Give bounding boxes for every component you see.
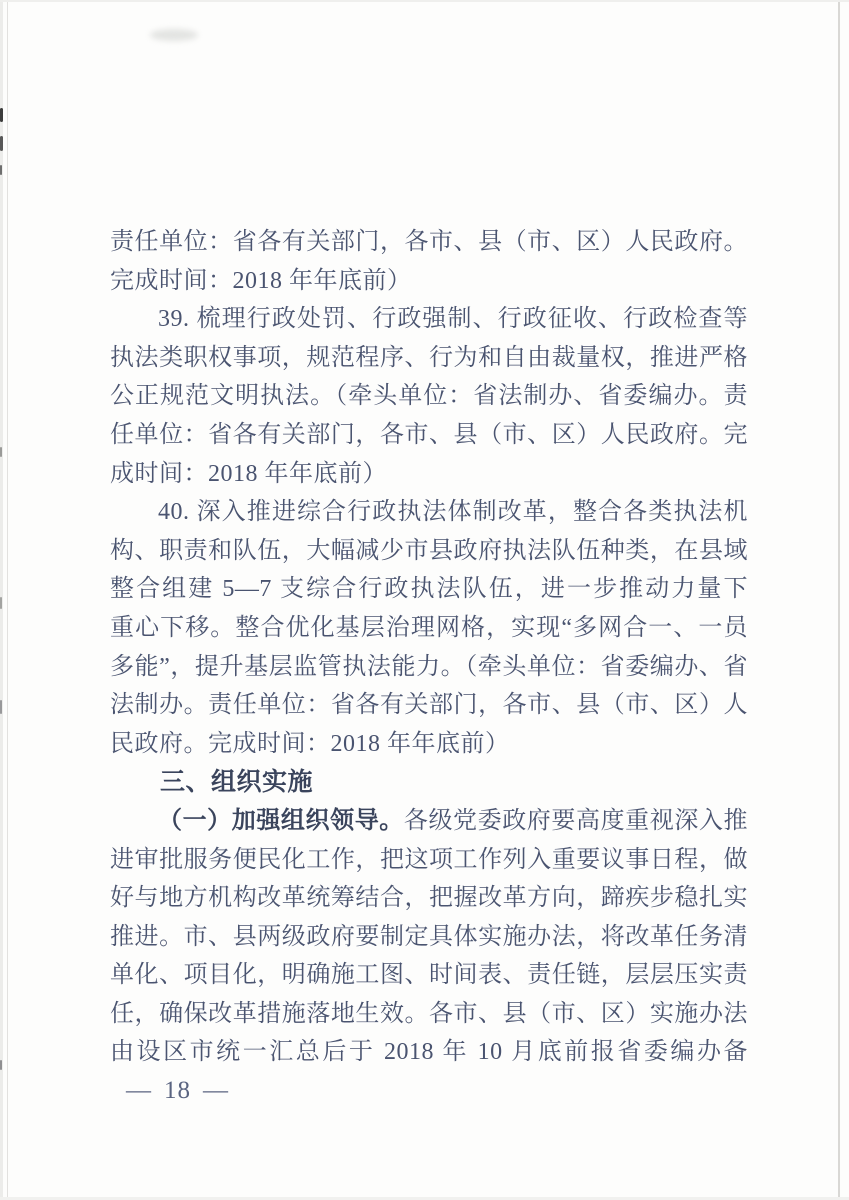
text-line: 完成时间：2018 年年底前）	[110, 262, 748, 301]
paragraph-lead-bold: （一）加强组织领导。	[158, 807, 404, 834]
paragraph-lead-rest: 各级党委政府要高度重视深入推	[404, 808, 748, 834]
scan-smudge	[150, 29, 198, 41]
section-heading: 三、组织实施	[110, 763, 748, 802]
scan-artifact	[0, 165, 2, 175]
footer-dash-right: —	[203, 1077, 229, 1105]
text-line: （一）加强组织领导。各级党委政府要高度重视深入推	[110, 802, 748, 841]
text-line: 好与地方机构改革统筹结合，把握改革方向，蹄疾步稳扎实	[110, 879, 748, 918]
text-line: 责任单位：省各有关部门，各市、县（市、区）人民政府。	[110, 223, 748, 262]
scan-artifact	[0, 700, 2, 714]
text-line: 民政府。完成时间：2018 年年底前）	[110, 725, 748, 764]
text-line: 单化、项目化，明确施工图、时间表、责任链，层层压实责	[110, 956, 748, 995]
text-line: 成时间：2018 年年底前）	[110, 455, 748, 494]
text-line: 法制办。责任单位：省各有关部门，各市、县（市、区）人	[110, 686, 748, 725]
text-line: 整合组建 5—7 支综合行政执法队伍，进一步推动力量下沉、	[110, 570, 748, 609]
page-edge-right	[838, 0, 840, 1200]
text-line: 任单位：省各有关部门，各市、县（市、区）人民政府。完	[110, 416, 748, 455]
scan-artifact	[0, 597, 2, 609]
text-line: 39. 梳理行政处罚、行政强制、行政征收、行政检查等	[110, 300, 748, 339]
page-edge-top	[0, 0, 849, 2]
document-body: 责任单位：省各有关部门，各市、县（市、区）人民政府。 完成时间：2018 年年底…	[110, 223, 748, 1072]
page-edge-left-line	[7, 0, 8, 1200]
text-line: 构、职责和队伍，大幅减少市县政府执法队伍种类，在县域	[110, 532, 748, 571]
text-line: 任，确保改革措施落地生效。各市、县（市、区）实施办法	[110, 995, 748, 1034]
text-line: 由设区市统一汇总后于 2018 年 10 月底前报省委编办备案。	[110, 1033, 748, 1072]
text-line: 重心下移。整合优化基层治理网格，实现“多网合一、一员	[110, 609, 748, 648]
scan-artifact	[0, 108, 3, 122]
text-line: 进审批服务便民化工作，把这项工作列入重要议事日程，做	[110, 841, 748, 880]
text-line: 多能”，提升基层监管执法能力。（牵头单位：省委编办、省	[110, 648, 748, 687]
scan-artifact	[0, 136, 3, 151]
scan-artifact	[0, 1060, 2, 1070]
page-number: 18	[164, 1077, 191, 1105]
text-line: 推进。市、县两级政府要制定具体实施办法，将改革任务清	[110, 918, 748, 957]
document-page: 责任单位：省各有关部门，各市、县（市、区）人民政府。 完成时间：2018 年年底…	[0, 0, 849, 1200]
text-line: 执法类职权事项，规范程序、行为和自由裁量权，推进严格	[110, 339, 748, 378]
text-line: 公正规范文明执法。（牵头单位：省法制办、省委编办。责	[110, 377, 748, 416]
scan-artifact	[0, 447, 2, 457]
footer-dash-left: —	[126, 1077, 152, 1105]
page-footer: — 18 —	[126, 1077, 229, 1105]
text-line: 40. 深入推进综合行政执法体制改革，整合各类执法机	[110, 493, 748, 532]
